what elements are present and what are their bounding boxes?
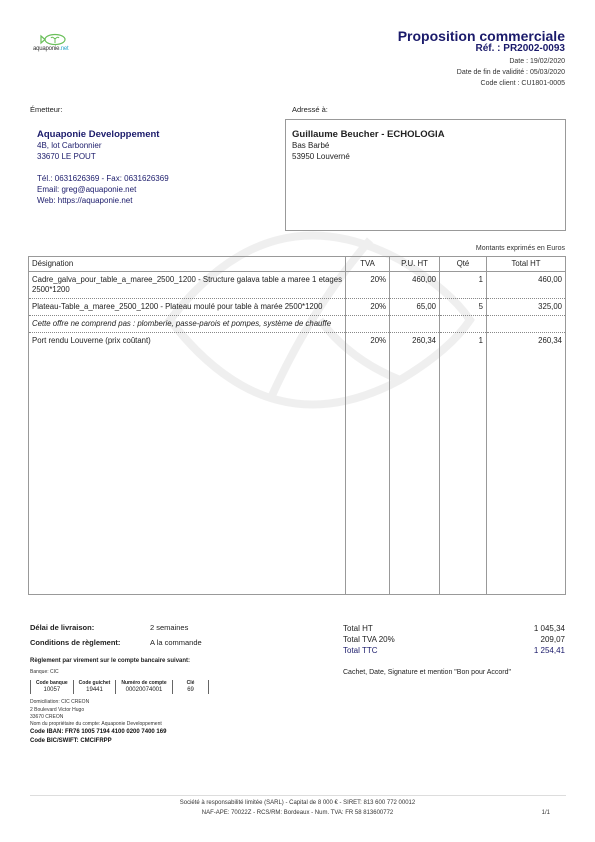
bank-header: Numéro de compte [116, 680, 172, 687]
bank-bic: Code BIC/SWIFT: CMCIFRPP [30, 738, 112, 744]
total-ttc-value: 1 254,41 [534, 646, 565, 655]
row-tva: 20% [346, 272, 390, 299]
header-total: Total HT [487, 257, 566, 272]
bank-header-row: Code banque Code guichet Numéro de compt… [31, 680, 209, 687]
table-row: Cadre_galva_pour_table_a_maree_2500_1200… [29, 272, 566, 299]
bank-title: Règlement par virement sur le compte ban… [30, 658, 190, 664]
row-qty [440, 316, 487, 333]
payment-value: A la commande [150, 638, 202, 647]
row-designation: Cadre_galva_pour_table_a_maree_2500_1200… [29, 272, 346, 299]
row-pu: 260,34 [390, 333, 440, 595]
total-tva-value: 209,07 [541, 635, 565, 644]
header-tva: TVA [346, 257, 390, 272]
page-number: 1/1 [542, 810, 550, 816]
bank-header: Code guichet [73, 680, 116, 687]
validity-date: Date de fin de validité : 05/03/2020 [457, 69, 565, 76]
row-designation: Plateau-Table_a_maree_2500_1200 - Platea… [29, 299, 346, 316]
delivery-label: Délai de livraison: [30, 623, 94, 632]
bank-address1: 2 Boulevard Victor Hugo [30, 707, 84, 713]
row-total: 325,00 [487, 299, 566, 316]
row-tva: 20% [346, 299, 390, 316]
sender-email: Email: greg@aquaponie.net [37, 185, 136, 194]
signature-note: Cachet, Date, Signature et mention "Bon … [343, 669, 511, 676]
footer-line1: Société à responsabilité limitée (SARL) … [0, 800, 595, 806]
bank-header: Code banque [31, 680, 74, 687]
bank-address2: 33670 CREON [30, 714, 63, 720]
header-qty: Qté [440, 257, 487, 272]
row-tva: 20% [346, 333, 390, 595]
footer-divider [30, 795, 566, 796]
logo-name: aquaponie [33, 46, 59, 52]
row-qty: 1 [440, 333, 487, 595]
recipient-label: Adressé à: [292, 105, 328, 114]
lines-table: Désignation TVA P.U. HT Qté Total HT Cad… [28, 256, 566, 595]
total-ttc-label: Total TTC [343, 646, 378, 655]
row-pu [390, 316, 440, 333]
recipient-address1: Bas Barbé [292, 141, 329, 150]
client-code: Code client : CU1801-0005 [481, 80, 565, 87]
row-total: 460,00 [487, 272, 566, 299]
document-title: Proposition commerciale [398, 28, 565, 44]
footer-line2: NAF-APE: 70022Z - RCS/RM: Bordeaux - Num… [0, 810, 595, 816]
row-designation: Port rendu Louverne (prix coûtant) [29, 333, 346, 595]
row-pu: 460,00 [390, 272, 440, 299]
bank-iban: Code IBAN: FR76 1005 7194 4100 0200 7400… [30, 729, 166, 735]
row-total [487, 316, 566, 333]
header-designation: Désignation [29, 257, 346, 272]
bank-header: Clé [172, 680, 209, 687]
currency-note: Montants exprimés en Euros [476, 245, 565, 252]
document-reference: Réf. : PR2002-0093 [476, 43, 566, 54]
bank-value-row: 10057 19441 00020074001 69 [31, 687, 209, 694]
sender-name: Aquaponie Developpement [37, 129, 159, 140]
header-pu: P.U. HT [390, 257, 440, 272]
payment-label: Conditions de règlement: [30, 638, 120, 647]
row-qty: 1 [440, 272, 487, 299]
sender-web: Web: https://aquaponie.net [37, 196, 132, 205]
bank-value: 00020074001 [116, 687, 172, 694]
table-row: Cette offre ne comprend pas : plomberie,… [29, 316, 566, 333]
bank-value: 10057 [31, 687, 74, 694]
row-designation: Cette offre ne comprend pas : plomberie,… [29, 316, 346, 333]
total-ht-value: 1 045,34 [534, 624, 565, 633]
row-pu: 65,00 [390, 299, 440, 316]
bank-value: 19441 [73, 687, 116, 694]
sender-address1: 4B, lot Carbonnier [37, 141, 101, 150]
company-logo: aquaponie.net [33, 33, 83, 55]
sender-label: Émetteur: [30, 105, 63, 114]
bank-value: 69 [172, 687, 209, 694]
row-total: 260,34 [487, 333, 566, 595]
total-ht-label: Total HT [343, 624, 373, 633]
recipient-name: Guillaume Beucher - ECHOLOGIA [292, 129, 445, 140]
logo-text: aquaponie.net [33, 46, 68, 52]
fish-logo-icon [33, 33, 83, 46]
logo-tld: .net [59, 46, 68, 52]
recipient-address2: 53950 Louverné [292, 152, 350, 161]
document-date: Date : 19/02/2020 [509, 58, 565, 65]
table-row: Port rendu Louverne (prix coûtant) 20% 2… [29, 333, 566, 595]
bank-table: Code banque Code guichet Numéro de compt… [30, 680, 209, 694]
delivery-value: 2 semaines [150, 623, 188, 632]
sender-phone: Tél.: 0631626369 - Fax: 0631626369 [37, 174, 169, 183]
table-row: Plateau-Table_a_maree_2500_1200 - Platea… [29, 299, 566, 316]
total-tva-label: Total TVA 20% [343, 635, 395, 644]
sender-address2: 33670 LE POUT [37, 152, 96, 161]
row-tva [346, 316, 390, 333]
bank-domiciliation: Domiciliation: CIC CREON [30, 699, 89, 705]
bank-owner: Nom du propriétaire du compte: Aquaponie… [30, 721, 162, 727]
bank-name: Banque: CIC [30, 669, 59, 675]
row-qty: 5 [440, 299, 487, 316]
table-header: Désignation TVA P.U. HT Qté Total HT [29, 257, 566, 272]
